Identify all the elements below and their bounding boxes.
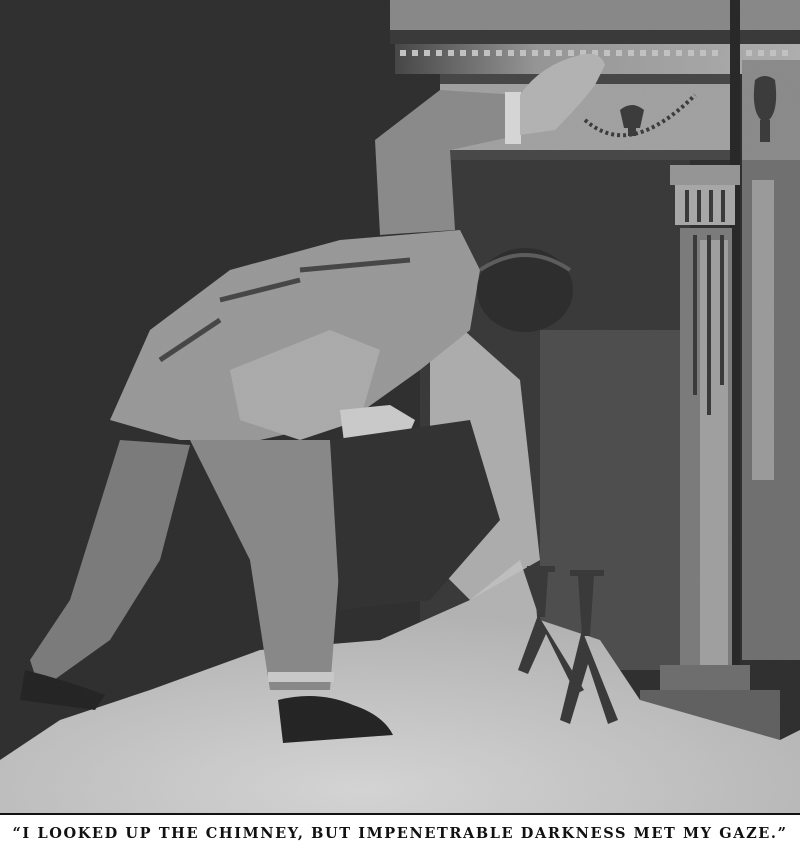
illustration-caption: “I LOOKED UP THE CHIMNEY, BUT IMPENETRAB… [0, 815, 800, 851]
illustration [0, 0, 800, 815]
